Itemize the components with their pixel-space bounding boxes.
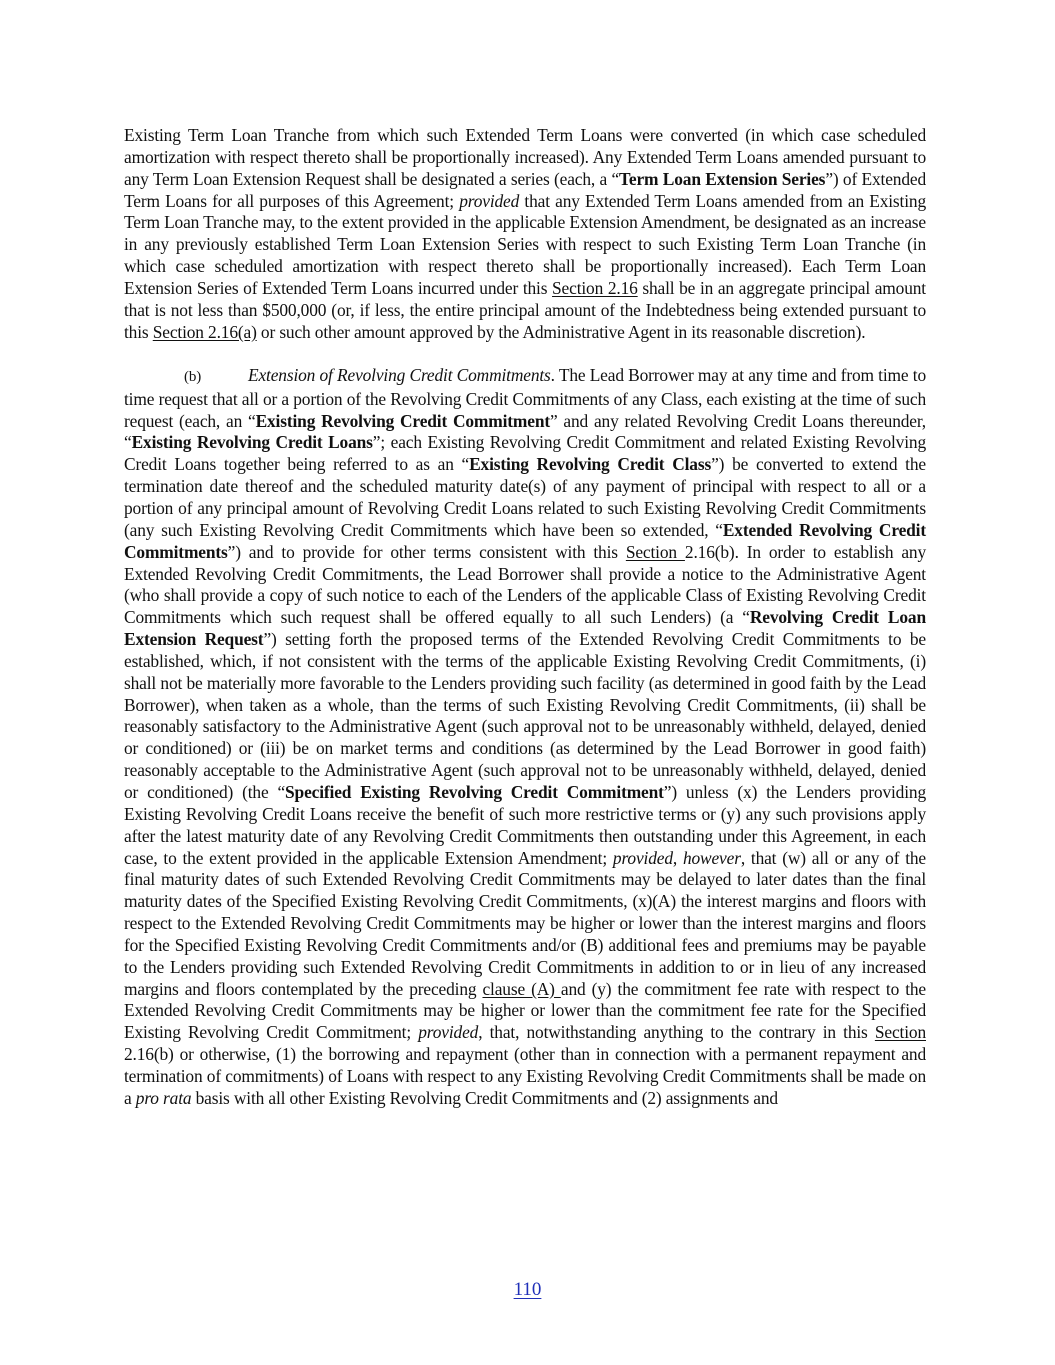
body-text: ”) setting forth the proposed terms of t… bbox=[124, 629, 926, 802]
emphasis-text: however bbox=[683, 848, 741, 868]
emphasis-text: pro rata bbox=[136, 1088, 192, 1108]
defined-term: Existing Revolving Credit Loans bbox=[132, 432, 373, 452]
body-text: ”) and to provide for other terms consis… bbox=[228, 542, 626, 562]
defined-term: Specified Existing Revolving Credit Comm… bbox=[285, 782, 664, 802]
body-text: , bbox=[673, 848, 683, 868]
body-text: , that (w) all or any of the final matur… bbox=[124, 848, 926, 999]
section-reference: Section 2.16 bbox=[552, 278, 638, 298]
body-text: , that, notwithstanding anything to the … bbox=[478, 1022, 875, 1042]
section-reference: clause (A) bbox=[482, 979, 560, 999]
paragraph-extension-of-revolving-credit-commitments: (b)Extension of Revolving Credit Commitm… bbox=[124, 365, 926, 1110]
paragraph-label: (b) bbox=[184, 367, 248, 389]
section-reference: Section bbox=[626, 542, 685, 562]
emphasis-text: provided bbox=[613, 848, 673, 868]
section-reference: Section bbox=[875, 1022, 926, 1042]
body-text: basis with all other Existing Revolving … bbox=[191, 1088, 778, 1108]
defined-term: Term Loan Extension Series bbox=[619, 169, 825, 189]
emphasis-text: Extension of Revolving Credit Commitment… bbox=[248, 365, 551, 385]
defined-term: Existing Revolving Credit Commitment bbox=[256, 411, 550, 431]
document-page: Existing Term Loan Tranche from which su… bbox=[124, 125, 926, 1110]
emphasis-text: provided bbox=[459, 191, 519, 211]
defined-term: Existing Revolving Credit Class bbox=[469, 454, 711, 474]
section-reference: Section 2.16(a) bbox=[153, 322, 257, 342]
paragraph-term-loan-extension-continuation: Existing Term Loan Tranche from which su… bbox=[124, 125, 926, 343]
page-number-link[interactable]: 110 bbox=[514, 1279, 542, 1300]
emphasis-text: provided bbox=[418, 1022, 478, 1042]
page-footer: 110 bbox=[0, 1279, 1055, 1301]
body-text: or such other amount approved by the Adm… bbox=[257, 322, 866, 342]
